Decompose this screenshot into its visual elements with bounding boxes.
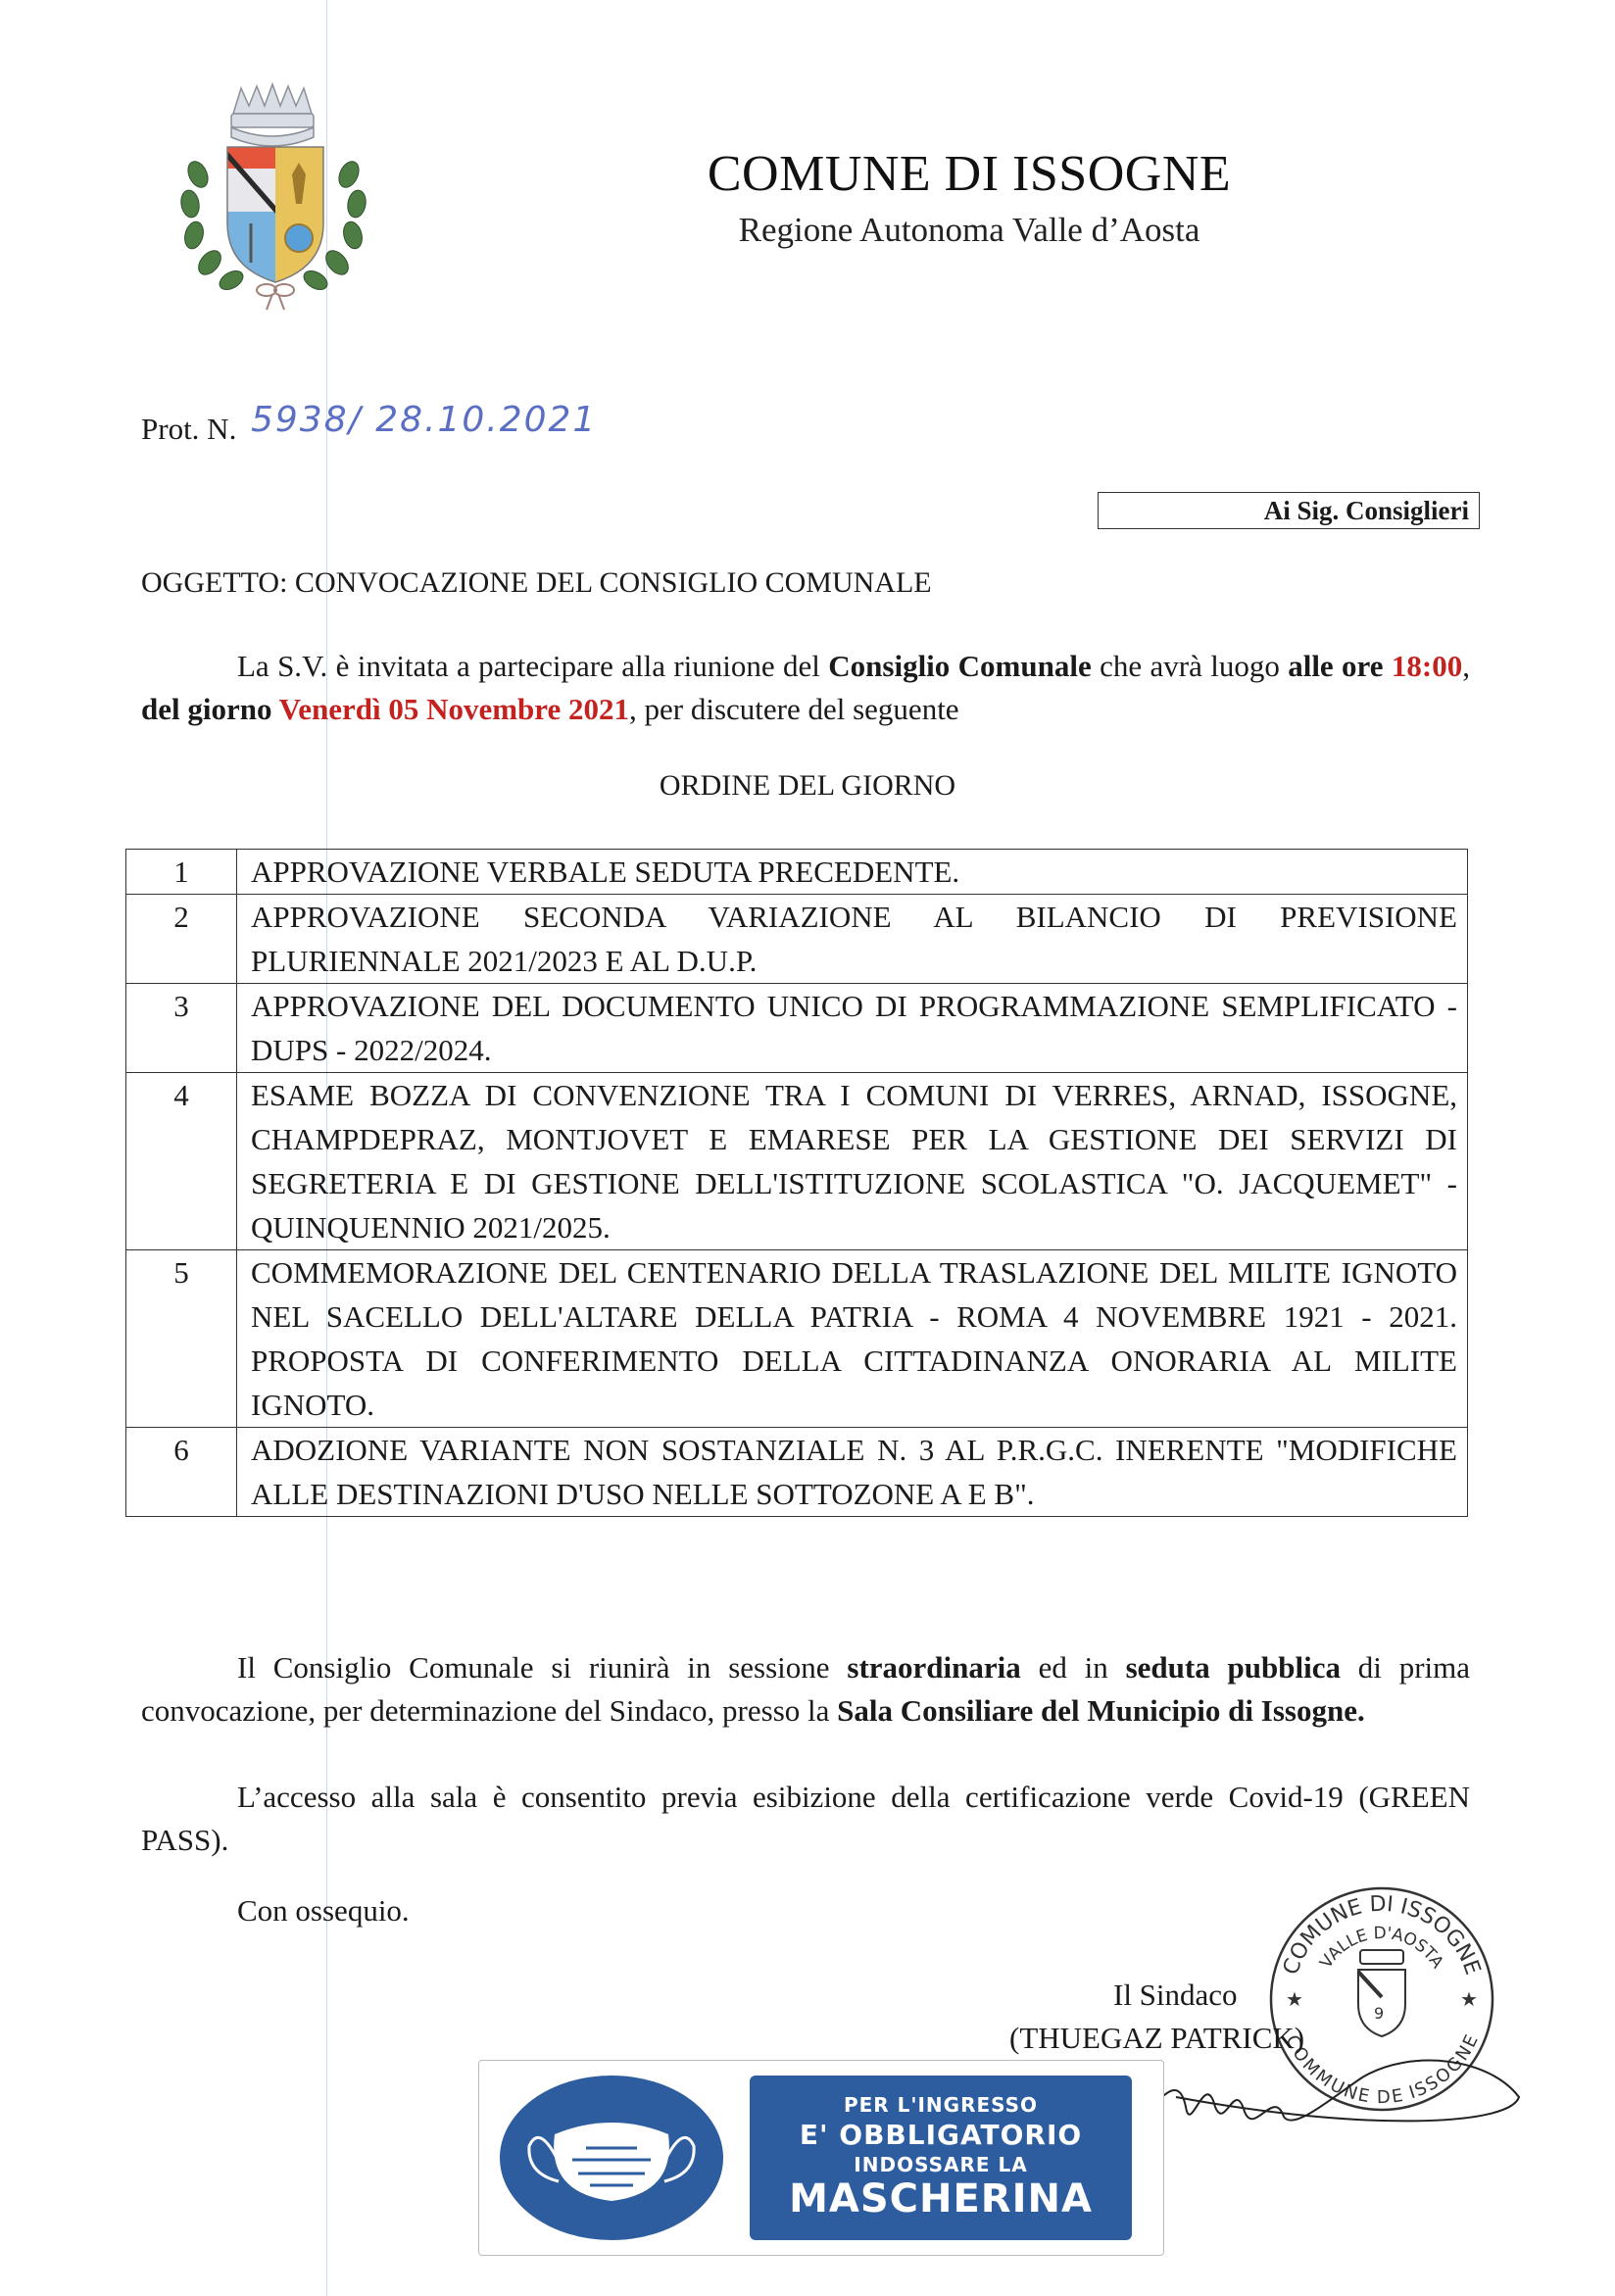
agenda-item-number: 3 xyxy=(126,984,237,1073)
mask-sign-text-panel: PER L'INGRESSO E' OBBLIGATORIO INDOSSARE… xyxy=(750,2076,1132,2240)
intro-paragraph: La S.V. è invitata a partecipare alla ri… xyxy=(141,645,1470,731)
meeting-date: Venerdì 05 Novembre 2021 xyxy=(279,692,629,726)
svg-text:★: ★ xyxy=(1286,1989,1303,2011)
agenda-row: 1APPROVAZIONE VERBALE SEDUTA PRECEDENTE. xyxy=(126,850,1468,895)
svg-text:9: 9 xyxy=(1374,2004,1384,2023)
agenda-item-number: 5 xyxy=(126,1250,237,1428)
agenda-row: 2APPROVAZIONE SECONDA VARIAZIONE AL BILA… xyxy=(126,895,1468,984)
agenda-item-number: 2 xyxy=(126,895,237,984)
sign-line-4: MASCHERINA xyxy=(750,2176,1132,2222)
agenda-row: 6ADOZIONE VARIANTE NON SOSTANZIALE N. 3 … xyxy=(126,1428,1468,1517)
agenda-item-text: APPROVAZIONE VERBALE SEDUTA PRECEDENTE. xyxy=(237,850,1468,895)
agenda-item-number: 4 xyxy=(126,1073,237,1250)
region-subtitle: Regione Autonoma Valle d’Aosta xyxy=(0,211,1615,250)
protocol-number-handwritten: 5938/ 28.10.2021 xyxy=(251,400,597,440)
closing-salutation: Con ossequio. xyxy=(237,1893,410,1929)
svg-text:VALLE D'AOSTA: VALLE D'AOSTA xyxy=(1316,1924,1447,1973)
mayor-title: Il Sindaco xyxy=(1113,1978,1238,2013)
handwritten-signature-icon xyxy=(1117,2038,1529,2146)
meeting-time: 18:00 xyxy=(1392,649,1462,683)
agenda-item-text: APPROVAZIONE SECONDA VARIAZIONE AL BILAN… xyxy=(237,895,1468,984)
protocol-label: Prot. N. xyxy=(141,412,236,447)
agenda-item-text: COMMEMORAZIONE DEL CENTENARIO DELLA TRAS… xyxy=(237,1250,1468,1428)
sign-line-3: INDOSSARE LA xyxy=(750,2153,1132,2176)
agenda-row: 3APPROVAZIONE DEL DOCUMENTO UNICO DI PRO… xyxy=(126,984,1468,1073)
sign-line-2: E' OBBLIGATORIO xyxy=(750,2119,1132,2151)
face-mask-icon xyxy=(500,2076,723,2240)
sign-line-1: PER L'INGRESSO xyxy=(750,2093,1132,2117)
agenda-item-text: ADOZIONE VARIANTE NON SOSTANZIALE N. 3 A… xyxy=(237,1428,1468,1517)
recipient-box: Ai Sig. Consiglieri xyxy=(1098,492,1480,529)
access-paragraph: L’accesso alla sala è consentito previa … xyxy=(141,1776,1470,1862)
agenda-item-number: 1 xyxy=(126,850,237,895)
agenda-item-text: ESAME BOZZA DI CONVENZIONE TRA I COMUNI … xyxy=(237,1073,1468,1250)
session-paragraph: Il Consiglio Comunale si riunirà in sess… xyxy=(141,1646,1470,1733)
agenda-table: 1APPROVAZIONE VERBALE SEDUTA PRECEDENTE.… xyxy=(125,849,1468,1517)
agenda-heading: ORDINE DEL GIORNO xyxy=(0,769,1615,803)
municipality-title: COMUNE DI ISSOGNE xyxy=(0,145,1615,203)
agenda-row: 5COMMEMORAZIONE DEL CENTENARIO DELLA TRA… xyxy=(126,1250,1468,1428)
svg-text:★: ★ xyxy=(1460,1989,1478,2011)
agenda-row: 4ESAME BOZZA DI CONVENZIONE TRA I COMUNI… xyxy=(126,1073,1468,1250)
agenda-item-text: APPROVAZIONE DEL DOCUMENTO UNICO DI PROG… xyxy=(237,984,1468,1073)
agenda-item-number: 6 xyxy=(126,1428,237,1517)
subject-line: OGGETTO: CONVOCAZIONE DEL CONSIGLIO COMU… xyxy=(141,566,932,600)
